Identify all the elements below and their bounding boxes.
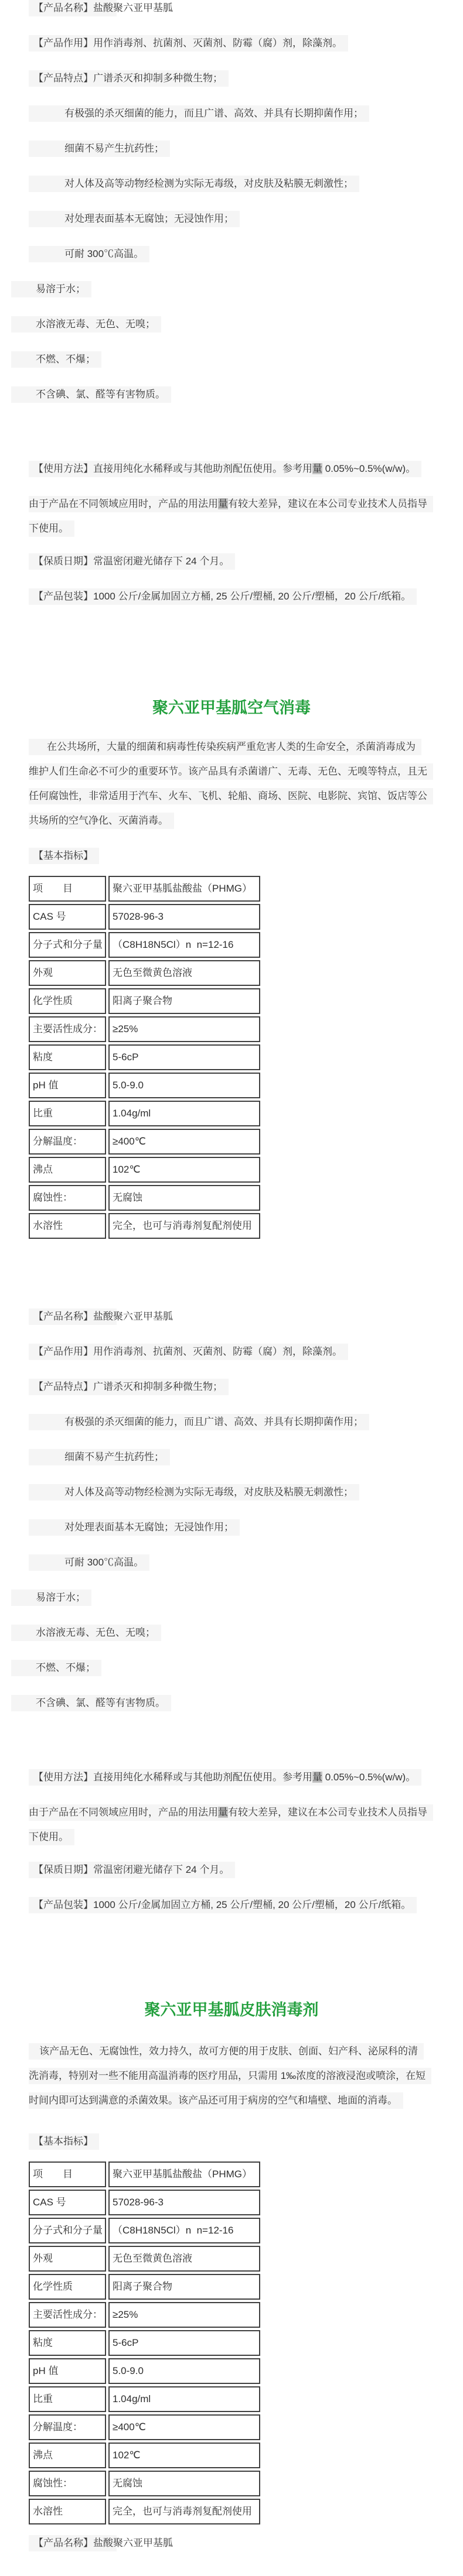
product-line-feature: 有极强的杀灭细菌的能力，而且广谱、高效、并具有长期抑菌作用； [29,1414,463,1430]
packaging-line-text: 【产品包装】1000 公斤/金属加固立方桶, 25 公斤/塑桶, 20 公斤/塑… [29,1897,417,1913]
product-line-text: 【产品作用】用作消毒剂、抗菌剂、灭菌剂、防霉（腐）剂，除藻剂。 [29,1344,348,1360]
spec-row-value: 5.0-9.0 [108,1073,260,1098]
paragraph-line: 洗消毒，特别对一些不能用高温消毒的医疗用品，只需用 1‰浓度的溶液浸泡或喷涂，在… [29,2068,463,2084]
paragraph-line: 该产品无色、无腐蚀性，效力持久，故可方便的用于皮肤、创面、妇产科、泌尿科的清 [29,2043,463,2060]
product-line-text: 有极强的杀灭细菌的能力，而且广谱、高效、并具有长期抑菌作用； [29,105,369,122]
usage-method-line: 【使用方法】直接用纯化水稀释或与其他助剂配伍使用。参考用量 0.05%~0.5%… [29,1769,463,1786]
product-line-text: 【产品名称】盐酸聚六亚甲基胍 [29,1308,179,1325]
basic-indicators-table-air: 项 目聚六亚甲基胍盐酸盐（PHMG）CAS 号57028-96-3分子式和分子量… [26,873,263,1241]
spec-row-label: 主要活性成分： [29,2302,106,2328]
spec-row-value: ≥400℃ [108,2414,260,2440]
product-line-text: 【产品特点】广谱杀灭和抑制多种微生物； [29,1379,229,1395]
spec-row-5: 主要活性成分：≥25% [29,2302,260,2328]
spec-row-label: 粘度 [29,2330,106,2356]
spec-row-5: 主要活性成分：≥25% [29,1016,260,1042]
product-line-feature: 可耐 300℃高温。 [29,246,463,262]
spec-row-label: 分子式和分子量 [29,932,106,958]
usage-method-line-text: 【使用方法】直接用纯化水稀释或与其他助剂配伍使用。参考用量 0.05%~0.5%… [29,461,421,477]
paragraph-line-text: 该产品无色、无腐蚀性，效力持久，故可方便的用于皮肤、创面、妇产科、泌尿科的清 [29,2043,424,2060]
spec-row-label: 水溶性 [29,1213,106,1239]
spec-row-value: 57028-96-3 [108,2190,260,2215]
shelf-life-line: 【保质日期】常温密闭避光储存下 24 个月。 [29,553,463,570]
spec-row-label: 项 目 [29,876,106,902]
basic-indicators-table-skin: 项 目聚六亚甲基胍盐酸盐（PHMG）CAS 号57028-96-3分子式和分子量… [26,2159,263,2527]
paragraph-line-text: 在公共场所，大量的细菌和病毒性传染疾病严重危害人类的生命安全，杀菌消毒成为 [29,739,421,755]
basic-indicators-label-1-text: 【基本指标】 [29,848,99,864]
spec-row-label: 项 目 [29,2161,106,2187]
spec-row-value: 1.04g/ml [108,1101,260,1126]
product-line-text: 【产品特点】广谱杀灭和抑制多种微生物； [29,70,229,87]
product-line-text: 易溶于水； [11,1590,91,1606]
spec-row-label: 分解温度： [29,1129,106,1155]
spec-row-label: 主要活性成分： [29,1016,106,1042]
spec-row-label: 沸点 [29,1157,106,1183]
spec-row-label: 比重 [29,2386,106,2412]
product-name-line-cutoff-text: 【产品名称】盐酸聚六亚甲基胍 [29,2535,179,2551]
spec-row-2: 分子式和分子量（C8H18N5Cl）n n=12-16 [29,932,260,958]
basic-indicators-label-1: 【基本指标】 [29,848,463,864]
shelf-life-line-text: 【保质日期】常温密闭避光储存下 24 个月。 [29,553,235,570]
spec-row-value: 无腐蚀 [108,2471,260,2496]
product-line-text: 可耐 300℃高温。 [29,1554,149,1571]
spec-row-value: 1.04g/ml [108,2386,260,2412]
product-line-label: 【产品特点】广谱杀灭和抑制多种微生物； [29,1379,463,1395]
spec-row-label: 外观 [29,2246,106,2272]
spec-row-value: 无色至微黄色溶液 [108,2246,260,2272]
spec-row-label: 化学性质 [29,2274,106,2300]
product-line-feature2: 不含碘、氯、醛等有害物质。 [11,1695,463,1711]
spec-row-8: 比重1.04g/ml [29,2386,260,2412]
air-intro-paragraph: 在公共场所，大量的细菌和病毒性传染疾病严重危害人类的生命安全，杀菌消毒成为维护人… [29,739,463,829]
spec-row-9: 分解温度：≥400℃ [29,2414,260,2440]
spec-row-3: 外观无色至微黄色溶液 [29,2246,260,2272]
spec-row-value: 102℃ [108,2443,260,2468]
usage-text-pre: 【使用方法】直接用纯化水稀释或与其他助剂配伍使用。参考用 [33,463,312,474]
spec-row-7: pH 值5.0-9.0 [29,1073,260,1098]
spec-row-value: 阳离子聚合物 [108,988,260,1014]
spec-row-value: 完全，也可与消毒剂复配剂使用 [108,2499,260,2524]
spec-row-value: 57028-96-3 [108,904,260,930]
product-line-text: 水溶液无毒、无色、无嗅； [11,1625,161,1641]
spec-row-value: 无色至微黄色溶液 [108,960,260,986]
spec-row-0: 项 目聚六亚甲基胍盐酸盐（PHMG） [29,2161,260,2187]
usage-text-pre: 【使用方法】直接用纯化水稀释或与其他助剂配伍使用。参考用 [33,1772,312,1783]
product-line-feature: 细菌不易产生抗药性； [29,1449,463,1465]
product-line-text: 对人体及高等动物经检测为实际无毒级，对皮肤及粘膜无刺激性； [29,176,359,192]
product-line-feature: 有极强的杀灭细菌的能力，而且广谱、高效、并具有长期抑菌作用； [29,105,463,122]
usage-note-paragraph: 由于产品在不同领域应用时，产品的用法用量有较大差异，建议在本公司专业技术人员指导… [29,1804,463,1845]
product-line-feature2: 不燃、不爆； [11,351,463,368]
product-line-text: 不燃、不爆； [11,1660,101,1676]
product-line-text: 可耐 300℃高温。 [29,246,149,262]
usage-text-marked-char: 量 [312,463,322,474]
spec-row-value: 阳离子聚合物 [108,2274,260,2300]
usage-note-line-text: 由于产品在不同领域应用时，产品的用法用量有较大差异，建议在本公司专业技术人员指导 [29,1804,433,1821]
product-line-feature2: 不燃、不爆； [11,1660,463,1676]
usage-method-line: 【使用方法】直接用纯化水稀释或与其他助剂配伍使用。参考用量 0.05%~0.5%… [29,461,463,477]
product-line-text: 对处理表面基本无腐蚀；无浸蚀作用； [29,211,240,227]
product-line-feature2: 水溶液无毒、无色、无嗅； [11,1625,463,1641]
product-line-label: 【产品作用】用作消毒剂、抗菌剂、灭菌剂、防霉（腐）剂，除藻剂。 [29,35,463,52]
product-line-text: 细菌不易产生抗药性； [29,141,170,157]
spec-row-8: 比重1.04g/ml [29,1101,260,1126]
spec-row-9: 分解温度：≥400℃ [29,1129,260,1155]
product-line-feature: 对人体及高等动物经检测为实际无毒级，对皮肤及粘膜无刺激性； [29,176,463,192]
spec-row-label: 外观 [29,960,106,986]
usage-text-post: 0.05%~0.5%(w/w)。 [322,463,416,474]
usage-note-line: 下使用。 [29,1829,463,1845]
product-line-text: 有极强的杀灭细菌的能力，而且广谱、高效、并具有长期抑菌作用； [29,1414,369,1430]
product-line-feature2: 不含碘、氯、醛等有害物质。 [11,386,463,403]
usage-note-line: 由于产品在不同领域应用时，产品的用法用量有较大差异，建议在本公司专业技术人员指导 [29,496,463,512]
spec-row-value: ≥400℃ [108,1129,260,1155]
paragraph-line: 在公共场所，大量的细菌和病毒性传染疾病严重危害人类的生命安全，杀菌消毒成为 [29,739,463,755]
product-line-text: 对处理表面基本无腐蚀；无浸蚀作用； [29,1519,240,1536]
spec-row-value: 102℃ [108,1157,260,1183]
section-heading-air-disinfection: 聚六亚甲基胍空气消毒 [0,697,463,719]
usage-note-line: 下使用。 [29,520,463,537]
product-line-text: 【产品作用】用作消毒剂、抗菌剂、灭菌剂、防霉（腐）剂，除藻剂。 [29,35,348,52]
spec-row-value: 5-6cP [108,2330,260,2356]
spec-row-label: 分子式和分子量 [29,2218,106,2243]
product-info-section-2: 【产品名称】盐酸聚六亚甲基胍【产品作用】用作消毒剂、抗菌剂、灭菌剂、防霉（腐）剂… [0,1308,463,1913]
paragraph-line-text: 维护人们生命必不可少的重要环节。该产品具有杀菌谱广、无毒、无色、无嗅等特点，且无 [29,763,433,780]
product-line-feature2: 易溶于水； [11,1590,463,1606]
paragraph-line-text: 共场所的空气净化、灭菌消毒。 [29,813,174,829]
product-line-feature: 对处理表面基本无腐蚀；无浸蚀作用； [29,211,463,227]
spec-row-4: 化学性质阳离子聚合物 [29,2274,260,2300]
basic-indicators-label-2: 【基本指标】 [29,2133,463,2150]
product-line-feature: 对人体及高等动物经检测为实际无毒级，对皮肤及粘膜无刺激性； [29,1484,463,1501]
usage-note-pre: 由于产品在不同领域应用时，产品的用法用 [29,498,218,509]
spec-row-10: 沸点102℃ [29,2443,260,2468]
usage-text-post: 0.05%~0.5%(w/w)。 [322,1772,416,1783]
product-line-name: 【产品名称】盐酸聚六亚甲基胍 [29,0,463,16]
spec-row-6: 粘度5-6cP [29,2330,260,2356]
spec-row-label: pH 值 [29,2358,106,2384]
shelf-life-line: 【保质日期】常温密闭避光储存下 24 个月。 [29,1862,463,1878]
product-line-text: 不燃、不爆； [11,351,101,368]
product-line-feature2: 易溶于水； [11,281,463,297]
product-line-feature2: 水溶液无毒、无色、无嗅； [11,316,463,333]
skin-intro-paragraph: 该产品无色、无腐蚀性，效力持久，故可方便的用于皮肤、创面、妇产科、泌尿科的清洗消… [29,2043,463,2109]
usage-note-marked-char: 量 [218,1807,228,1818]
spec-row-4: 化学性质阳离子聚合物 [29,988,260,1014]
product-line-name: 【产品名称】盐酸聚六亚甲基胍 [29,1308,463,1325]
usage-note-line: 由于产品在不同领域应用时，产品的用法用量有较大差异，建议在本公司专业技术人员指导 [29,1804,463,1821]
paragraph-line-text: 时间内即可达到满意的杀菌效果。该产品还可用于病房的空气和墙壁、地面的消毒。 [29,2092,403,2109]
spec-row-value: 5-6cP [108,1044,260,1070]
spec-row-label: CAS 号 [29,904,106,930]
product-line-text: 【产品名称】盐酸聚六亚甲基胍 [29,0,179,16]
usage-note-line-text: 下使用。 [29,1829,74,1845]
spec-row-value: 5.0-9.0 [108,2358,260,2384]
spec-row-7: pH 值5.0-9.0 [29,2358,260,2384]
product-line-text: 细菌不易产生抗药性； [29,1449,170,1465]
spec-row-value: 完全，也可与消毒剂复配剂使用 [108,1213,260,1239]
spec-row-0: 项 目聚六亚甲基胍盐酸盐（PHMG） [29,876,260,902]
product-line-label: 【产品特点】广谱杀灭和抑制多种微生物； [29,70,463,87]
packaging-line: 【产品包装】1000 公斤/金属加固立方桶, 25 公斤/塑桶, 20 公斤/塑… [29,588,463,605]
usage-note-marked-char: 量 [218,498,228,509]
spec-row-2: 分子式和分子量（C8H18N5Cl）n n=12-16 [29,2218,260,2243]
usage-note-paragraph: 由于产品在不同领域应用时，产品的用法用量有较大差异，建议在本公司专业技术人员指导… [29,496,463,537]
basic-indicators-label-2-text: 【基本指标】 [29,2133,99,2150]
spec-row-label: 粘度 [29,1044,106,1070]
spec-row-label: CAS 号 [29,2190,106,2215]
spec-row-value: ≥25% [108,2302,260,2328]
spec-row-1: CAS 号57028-96-3 [29,904,260,930]
usage-note-post: 有较大差异，建议在本公司专业技术人员指导 [228,1807,427,1818]
product-line-feature: 可耐 300℃高温。 [29,1554,463,1571]
paragraph-line: 任何腐蚀性，非常适用于汽车、火车、飞机、轮船、商场、医院、电影院、宾馆、饭店等公 [29,788,463,804]
paragraph-line-text: 洗消毒，特别对一些不能用高温消毒的医疗用品，只需用 1‰浓度的溶液浸泡或喷涂，在… [29,2068,431,2084]
product-line-label: 【产品作用】用作消毒剂、抗菌剂、灭菌剂、防霉（腐）剂，除藻剂。 [29,1344,463,1360]
product-line-feature: 细菌不易产生抗药性； [29,141,463,157]
product-line-text: 水溶液无毒、无色、无嗅； [11,316,161,333]
spec-row-value: 无腐蚀 [108,1185,260,1211]
usage-note-pre: 由于产品在不同领域应用时，产品的用法用 [29,1807,218,1818]
spec-row-label: 腐蚀性： [29,1185,106,1211]
spec-row-label: pH 值 [29,1073,106,1098]
spec-row-label: 水溶性 [29,2499,106,2524]
product-name-line-cutoff: 【产品名称】盐酸聚六亚甲基胍 [29,2535,463,2551]
spec-row-1: CAS 号57028-96-3 [29,2190,260,2215]
product-line-text: 对人体及高等动物经检测为实际无毒级，对皮肤及粘膜无刺激性； [29,1484,359,1501]
spec-row-12: 水溶性完全，也可与消毒剂复配剂使用 [29,1213,260,1239]
product-line-text: 不含碘、氯、醛等有害物质。 [11,1695,171,1711]
spec-row-3: 外观无色至微黄色溶液 [29,960,260,986]
spec-row-value: 聚六亚甲基胍盐酸盐（PHMG） [108,2161,260,2187]
packaging-line-text: 【产品包装】1000 公斤/金属加固立方桶, 25 公斤/塑桶, 20 公斤/塑… [29,588,417,605]
usage-method-line-text: 【使用方法】直接用纯化水稀释或与其他助剂配伍使用。参考用量 0.05%~0.5%… [29,1769,421,1786]
spec-row-11: 腐蚀性：无腐蚀 [29,1185,260,1211]
spec-row-value: （C8H18N5Cl）n n=12-16 [108,2218,260,2243]
product-info-section-1: 【产品名称】盐酸聚六亚甲基胍【产品作用】用作消毒剂、抗菌剂、灭菌剂、防霉（腐）剂… [0,0,463,605]
document-page: { "page": { "background": "#ffffff", "te… [0,0,463,2576]
spec-row-label: 沸点 [29,2443,106,2468]
paragraph-line: 共场所的空气净化、灭菌消毒。 [29,813,463,829]
paragraph-line: 维护人们生命必不可少的重要环节。该产品具有杀菌谱广、无毒、无色、无嗅等特点，且无 [29,763,463,780]
spec-row-label: 化学性质 [29,988,106,1014]
usage-text-marked-char: 量 [312,1772,322,1783]
spec-row-value: （C8H18N5Cl）n n=12-16 [108,932,260,958]
shelf-life-line-text: 【保质日期】常温密闭避光储存下 24 个月。 [29,1862,235,1878]
product-line-feature: 对处理表面基本无腐蚀；无浸蚀作用； [29,1519,463,1536]
usage-note-line-text: 下使用。 [29,520,74,537]
spec-row-label: 分解温度： [29,2414,106,2440]
product-line-text: 易溶于水； [11,281,91,297]
spec-row-12: 水溶性完全，也可与消毒剂复配剂使用 [29,2499,260,2524]
spec-row-10: 沸点102℃ [29,1157,260,1183]
section-heading-skin-disinfectant: 聚六亚甲基胍皮肤消毒剂 [0,1999,463,2021]
spec-row-6: 粘度5-6cP [29,1044,260,1070]
usage-note-line-text: 由于产品在不同领域应用时，产品的用法用量有较大差异，建议在本公司专业技术人员指导 [29,496,433,512]
spec-row-label: 腐蚀性： [29,2471,106,2496]
spec-row-label: 比重 [29,1101,106,1126]
spec-row-value: ≥25% [108,1016,260,1042]
spec-row-11: 腐蚀性：无腐蚀 [29,2471,260,2496]
paragraph-line: 时间内即可达到满意的杀菌效果。该产品还可用于病房的空气和墙壁、地面的消毒。 [29,2092,463,2109]
usage-note-post: 有较大差异，建议在本公司专业技术人员指导 [228,498,427,509]
spec-row-value: 聚六亚甲基胍盐酸盐（PHMG） [108,876,260,902]
paragraph-line-text: 任何腐蚀性，非常适用于汽车、火车、飞机、轮船、商场、医院、电影院、宾馆、饭店等公 [29,788,433,804]
packaging-line: 【产品包装】1000 公斤/金属加固立方桶, 25 公斤/塑桶, 20 公斤/塑… [29,1897,463,1913]
product-line-text: 不含碘、氯、醛等有害物质。 [11,386,171,403]
